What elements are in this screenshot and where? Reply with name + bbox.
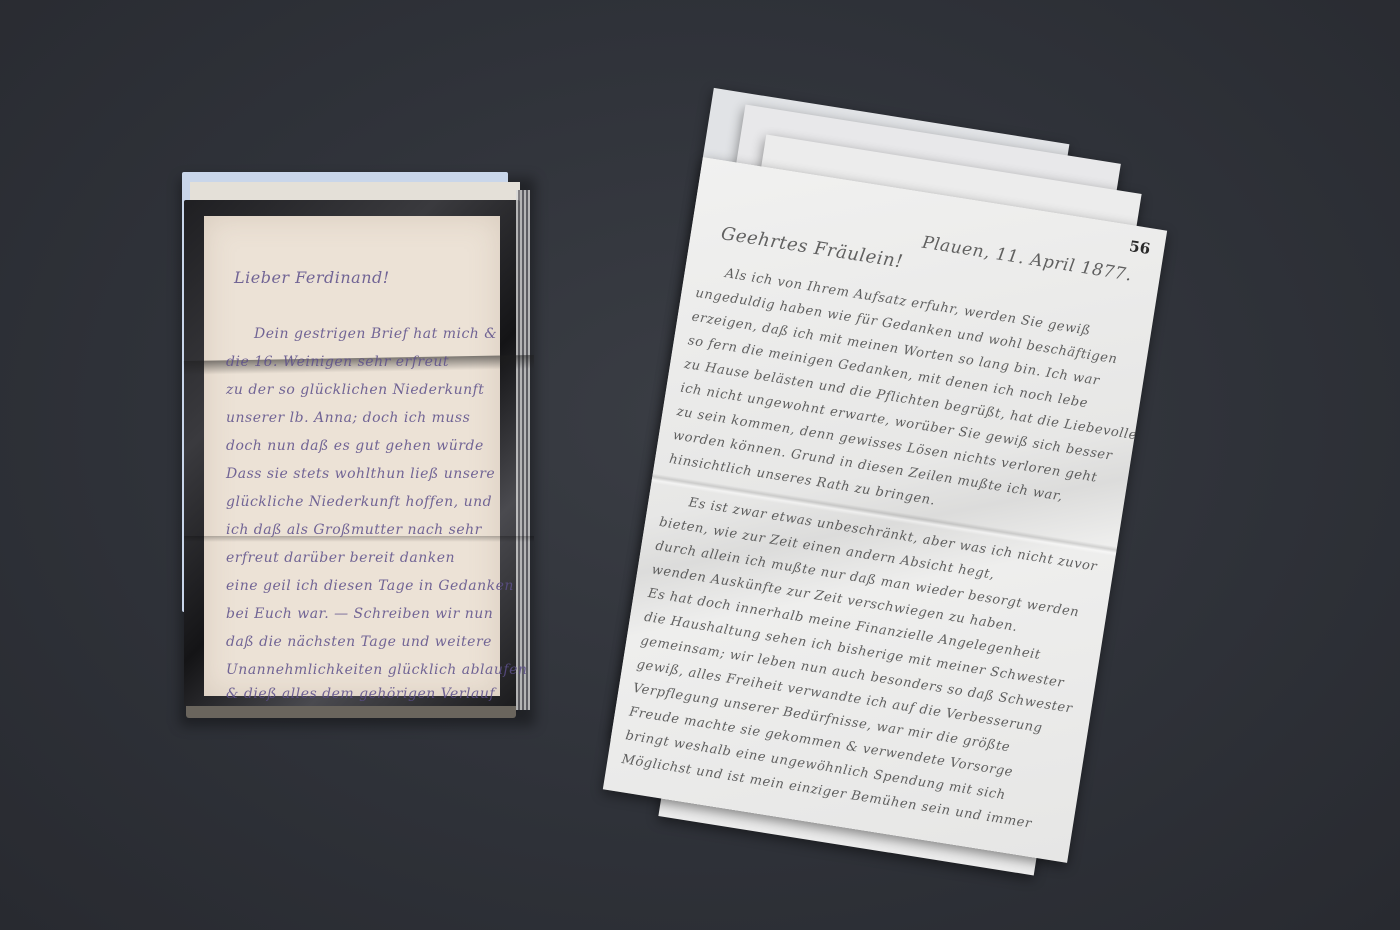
handwriting-line: unserer lb. Anna; doch ich muss bbox=[226, 410, 470, 426]
stacked-paper-edges bbox=[516, 190, 530, 710]
handwriting-line: die 16. Weinigen sehr erfreut bbox=[226, 354, 449, 370]
letter-salutation: Lieber Ferdinand! bbox=[234, 268, 390, 287]
handwriting-line: ich daß als Großmutter nach sehr bbox=[226, 522, 482, 538]
right-letter-stack: 5 62 67 56 Plauen, 11. April 1877. Geehr… bbox=[570, 90, 1210, 890]
handwriting-line: eine geil ich diesen Tage in Gedanken bbox=[226, 578, 514, 594]
handwriting-line: glückliche Niederkunft hoffen, und bbox=[226, 494, 492, 510]
handwriting-line: zu der so glücklichen Niederkunft bbox=[226, 382, 484, 398]
left-letter-page: Lieber Ferdinand! Dein gestrigen Brief h… bbox=[204, 216, 500, 696]
right-letter-page: 56 Plauen, 11. April 1877. Geehrtes Fräu… bbox=[603, 157, 1167, 863]
handwriting-line: doch nun daß es gut gehen würde bbox=[226, 438, 484, 454]
handwriting-line: Dass sie stets wohlthun ließ unsere bbox=[226, 466, 495, 482]
handwriting-line: Dein gestrigen Brief hat mich & bbox=[254, 326, 497, 342]
handwriting-line: daß die nächsten Tage und weitere bbox=[226, 634, 492, 650]
handwriting-line: bei Euch war. — Schreiben wir nun bbox=[226, 606, 493, 622]
handwriting-line: Unannehmlichkeiten glücklich ablaufen bbox=[226, 662, 527, 678]
left-letter-stack: Lieber Ferdinand! Dein gestrigen Brief h… bbox=[170, 160, 540, 730]
handwriting-line: erfreut darüber bereit danken bbox=[226, 550, 455, 566]
photo-scene: Lieber Ferdinand! Dein gestrigen Brief h… bbox=[0, 0, 1400, 930]
letter-salutation: Geehrtes Fräulein! bbox=[720, 223, 905, 273]
handwriting-line: & dieß alles dem gehörigen Verlauf bbox=[226, 686, 495, 702]
page-number: 56 bbox=[1128, 237, 1151, 258]
letter-dateline: Plauen, 11. April 1877. bbox=[921, 233, 1134, 286]
